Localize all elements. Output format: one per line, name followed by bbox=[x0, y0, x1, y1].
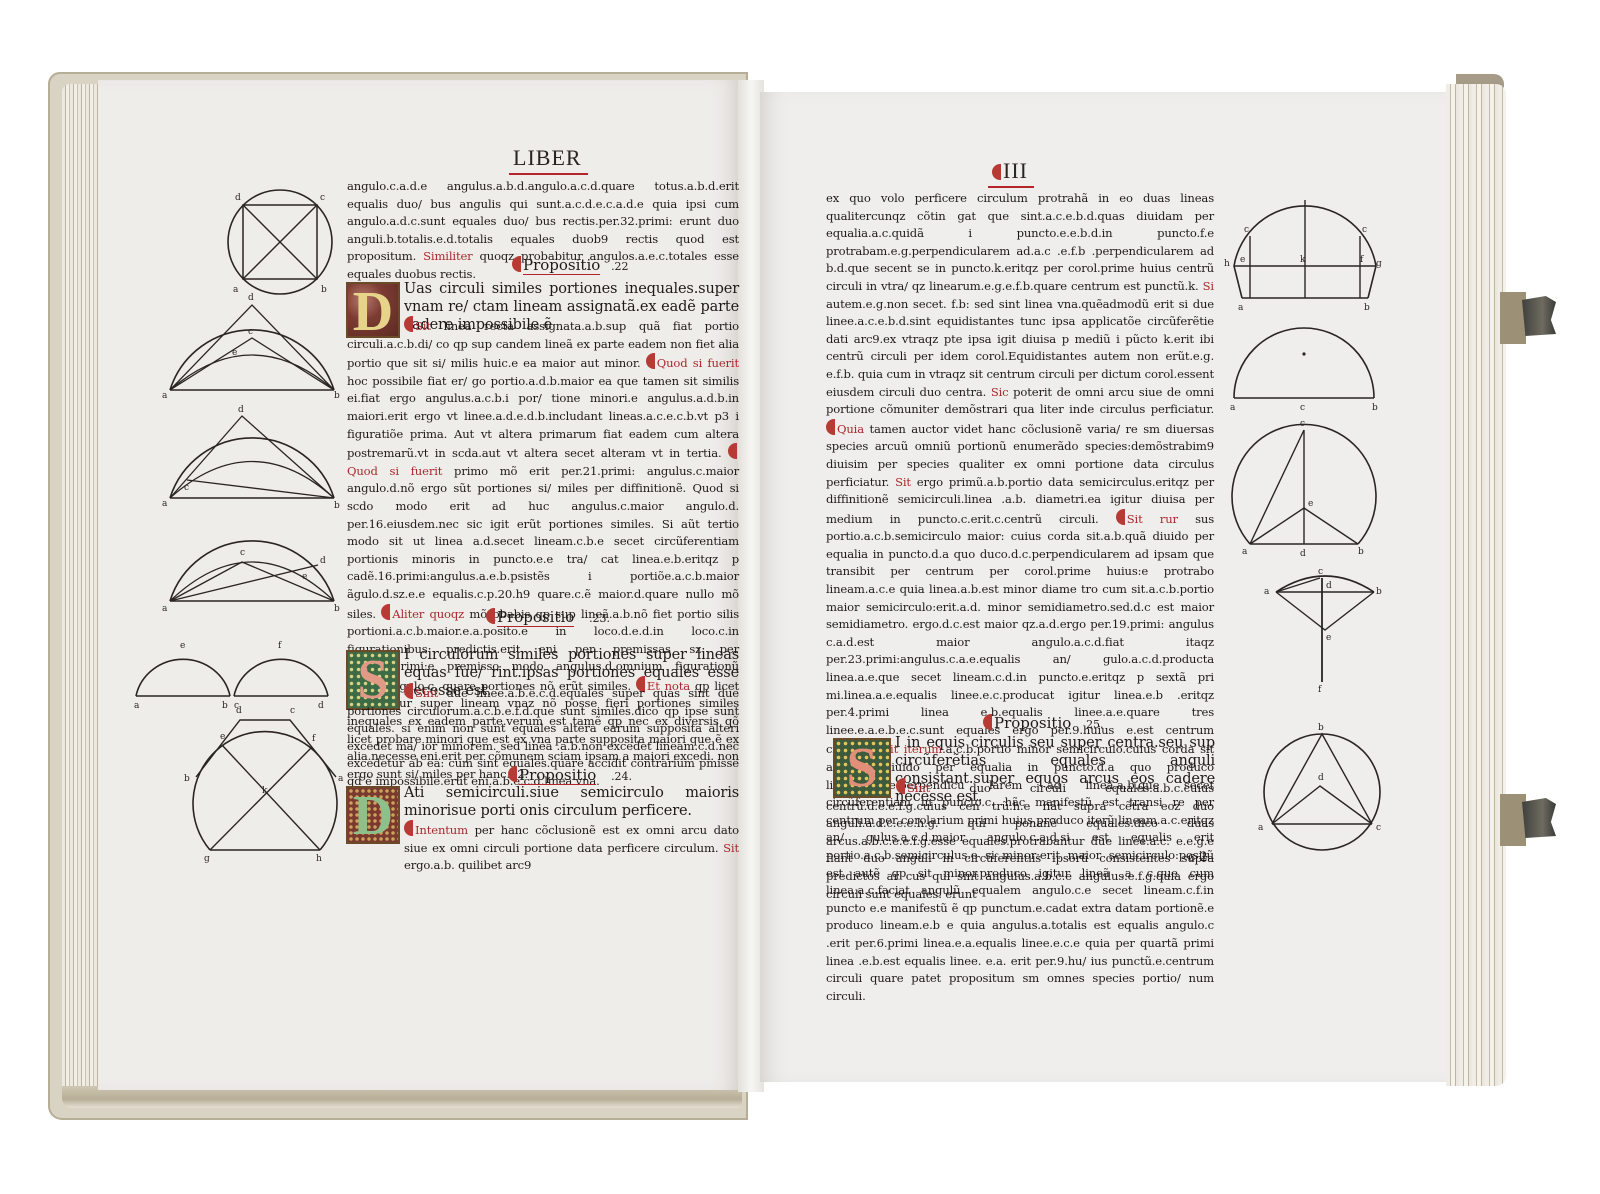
lower-clasp bbox=[1500, 790, 1558, 850]
svg-text:g: g bbox=[1376, 259, 1382, 269]
running-head-left: LIBER bbox=[513, 145, 582, 171]
svg-text:d: d bbox=[1318, 773, 1324, 783]
svg-text:f: f bbox=[312, 734, 316, 744]
svg-text:a: a bbox=[1238, 303, 1244, 313]
figure-major-segment: ceadb bbox=[1230, 426, 1380, 560]
pilcrow-icon bbox=[512, 256, 521, 272]
svg-text:k: k bbox=[262, 786, 268, 796]
figure-minor-segment: cdabef bbox=[1270, 570, 1380, 694]
svg-text:d: d bbox=[236, 706, 242, 716]
svg-text:c: c bbox=[248, 327, 253, 337]
figure-segment-rectangle: cche kfgab bbox=[1230, 196, 1380, 310]
svg-text:c: c bbox=[290, 706, 295, 716]
svg-text:b: b bbox=[1364, 303, 1370, 313]
svg-text:c: c bbox=[320, 193, 325, 203]
pilcrow-icon bbox=[992, 164, 1001, 180]
svg-text:a: a bbox=[162, 604, 168, 614]
svg-text:e: e bbox=[180, 641, 185, 651]
svg-text:c: c bbox=[184, 483, 189, 493]
svg-text:h: h bbox=[316, 854, 322, 864]
svg-text:c: c bbox=[1300, 419, 1305, 429]
svg-text:d: d bbox=[1300, 549, 1306, 559]
svg-text:b: b bbox=[334, 604, 340, 614]
svg-text:a: a bbox=[338, 774, 344, 784]
svg-text:d: d bbox=[1326, 581, 1332, 591]
svg-text:b: b bbox=[184, 774, 190, 784]
svg-text:e: e bbox=[232, 348, 237, 358]
proposition-23-heading: Propositio .23. bbox=[486, 608, 610, 627]
proposition-24-enunciation: Ati semicirculi.siue semicirculo maioris… bbox=[404, 784, 739, 820]
svg-text:e: e bbox=[1326, 633, 1331, 643]
running-head-right: III bbox=[992, 158, 1028, 184]
clasp-metal-icon bbox=[1522, 296, 1556, 336]
pilcrow-icon bbox=[983, 714, 992, 730]
svg-text:c: c bbox=[1362, 225, 1367, 235]
svg-text:d: d bbox=[238, 405, 244, 415]
svg-text:b: b bbox=[1318, 723, 1324, 733]
illuminated-initial-d2: D bbox=[346, 786, 400, 844]
svg-text:b: b bbox=[1358, 547, 1364, 557]
pilcrow-icon bbox=[508, 766, 517, 782]
proposition-24-proof: Intentum per hanc cõclusionẽ est ex omni… bbox=[404, 820, 739, 875]
figure-semicircle: acb bbox=[1230, 318, 1380, 417]
svg-text:e: e bbox=[1240, 255, 1245, 265]
figure-prop22-nested-segments-3: cdeab bbox=[162, 515, 342, 619]
svg-text:f: f bbox=[1318, 685, 1322, 695]
svg-text:b: b bbox=[222, 701, 228, 711]
svg-text:d: d bbox=[248, 293, 254, 303]
svg-text:a: a bbox=[1258, 823, 1264, 833]
svg-text:e: e bbox=[302, 572, 307, 582]
figure-prop22-nested-segments-1: dceab bbox=[162, 300, 342, 404]
proposition-25-heading: Propositio 25. bbox=[983, 714, 1104, 732]
svg-text:k: k bbox=[1300, 255, 1306, 265]
svg-text:e: e bbox=[1308, 499, 1313, 509]
svg-text:c: c bbox=[1376, 823, 1381, 833]
svg-text:e: e bbox=[220, 732, 225, 742]
svg-text:a: a bbox=[162, 391, 168, 401]
figure-prop23-equal-arcs: efabcd bbox=[134, 648, 334, 722]
right-page-edges bbox=[1446, 84, 1506, 1086]
svg-text:c: c bbox=[240, 548, 245, 558]
svg-text:f: f bbox=[1360, 255, 1364, 265]
svg-text:a: a bbox=[1242, 547, 1248, 557]
svg-text:a: a bbox=[134, 701, 140, 711]
figure-prop25-inscribed-angle: bdac bbox=[1262, 724, 1392, 858]
svg-text:h: h bbox=[1224, 259, 1230, 269]
proposition-24-heading: Propositio .24. bbox=[508, 766, 632, 785]
svg-text:a: a bbox=[1264, 587, 1270, 597]
signature-mark: c 2 bbox=[1188, 850, 1208, 865]
svg-text:b: b bbox=[321, 285, 327, 295]
svg-text:d: d bbox=[320, 556, 326, 566]
svg-text:b: b bbox=[334, 501, 340, 511]
proposition-25-proof: Sint duo circuli equales.a.b.c.cuius cen… bbox=[826, 778, 1214, 903]
svg-text:a: a bbox=[233, 285, 239, 295]
open-book: LIBER angulo.c.a.d.e angulus.a.b.d.angul… bbox=[0, 0, 1600, 1194]
figure-prop24-arc-completion: dcef bakgh bbox=[190, 715, 350, 859]
svg-text:b: b bbox=[1372, 403, 1378, 413]
svg-text:c: c bbox=[1318, 567, 1323, 577]
figure-prop22-nested-segments-2: dcab bbox=[162, 410, 342, 514]
svg-text:b: b bbox=[1376, 587, 1382, 597]
svg-text:g: g bbox=[204, 854, 210, 864]
proposition-22-heading: Propositio .22 bbox=[512, 256, 629, 275]
svg-text:b: b bbox=[334, 391, 340, 401]
svg-text:c: c bbox=[1300, 403, 1305, 413]
clasp-metal-icon bbox=[1522, 798, 1556, 838]
svg-text:a: a bbox=[162, 499, 168, 509]
upper-clasp bbox=[1500, 288, 1558, 348]
pilcrow-icon bbox=[486, 608, 495, 624]
figure-inscribed-square: dcab bbox=[225, 190, 345, 304]
svg-text:d: d bbox=[318, 701, 324, 711]
left-page-edges bbox=[62, 84, 102, 1106]
svg-text:a: a bbox=[1230, 403, 1236, 413]
svg-text:c: c bbox=[1244, 225, 1249, 235]
svg-text:d: d bbox=[235, 193, 241, 203]
